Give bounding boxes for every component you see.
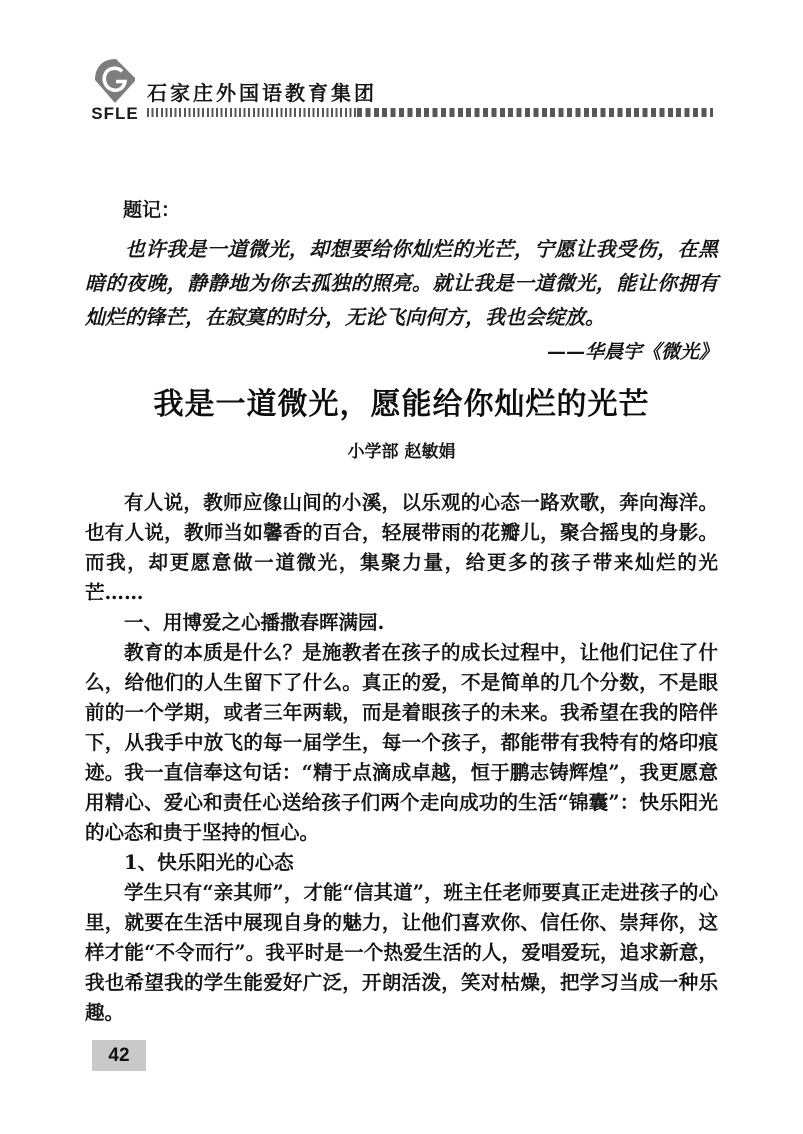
header-barcode-rule — [147, 108, 713, 117]
paragraph: 教育的本质是什么？是施教者在孩子的成长过程中，让他们记住了什么，给他们的人生留下… — [85, 638, 718, 848]
paragraph: 有人说，教师应像山间的小溪，以乐观的心态一路欢歌，奔向海洋。也有人说，教师当如馨… — [85, 488, 718, 608]
barcode-fine-segment — [147, 108, 357, 117]
article-title: 我是一道微光，愿能给你灿烂的光芒 — [85, 386, 718, 424]
page-header: SFLE 石家庄外国语教育集团 — [90, 58, 718, 122]
article-body: 有人说，教师应像山间的小溪，以乐观的心态一路欢歌，奔向海洋。也有人说，教师当如馨… — [85, 488, 718, 1028]
epigraph-section: 题记： 也许我是一道微光，却想要给你灿烂的光芒，宁愿让我受伤，在黑暗的夜晚，静静… — [85, 197, 718, 365]
sub-heading: 1、快乐阳光的心态 — [85, 848, 718, 878]
document-page: SFLE 石家庄外国语教育集团 题记： 也许我是一道微光，却想要给你灿烂的光芒，… — [0, 0, 803, 1134]
epigraph-text: 也许我是一道微光，却想要给你灿烂的光芒，宁愿让我受伤，在黑暗的夜晚，静静地为你去… — [85, 232, 718, 334]
epigraph-label: 题记： — [85, 197, 718, 223]
epigraph-attribution: ——华晨宇《微光》 — [85, 339, 718, 365]
logo-acronym: SFLE — [90, 105, 140, 122]
paragraph: 学生只有“亲其师”，才能“信其道”，班主任老师要真正走进孩子的心里，就要在生活中… — [85, 878, 718, 1028]
section-heading: 一、用博爱之心播撒春晖满园. — [85, 608, 718, 638]
article-byline: 小学部 赵敏娟 — [85, 441, 718, 463]
school-logo: SFLE — [90, 58, 140, 122]
article: 我是一道微光，愿能给你灿烂的光芒 小学部 赵敏娟 有人说，教师应像山间的小溪，以… — [85, 386, 718, 1028]
org-block: 石家庄外国语教育集团 — [147, 84, 718, 117]
barcode-coarse-segment — [357, 108, 713, 117]
page-number: 42 — [108, 1045, 129, 1067]
sfle-g-mark-icon — [90, 58, 140, 104]
page-number-box: 42 — [92, 1040, 146, 1071]
org-name: 石家庄外国语教育集团 — [147, 84, 718, 104]
